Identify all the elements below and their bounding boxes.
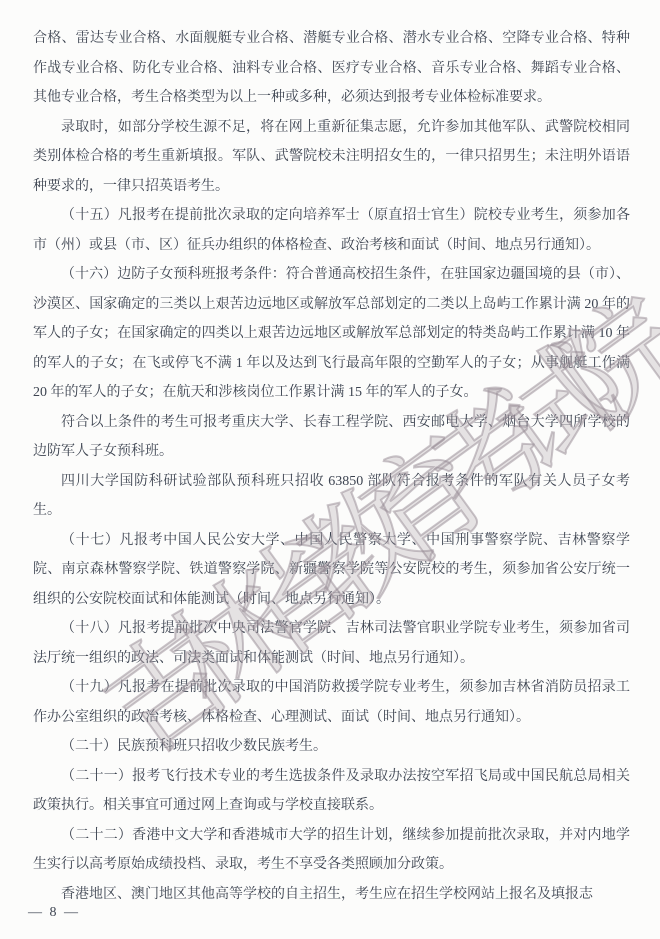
para-hk-macau-selfenroll: 香港地区、澳门地区其他高等学校的自主招生，考生应在招生学校网站上报名及填报志 bbox=[33, 880, 630, 910]
clause-21: （二十一）报考飞行技术专业的考生选拔条件及录取办法按空军招飞局或中国民航总局相关… bbox=[33, 762, 630, 821]
clause-16: （十六）边防子女预科班报考条件：符合普通高校招生条件，在驻国家边疆国境的县（市）… bbox=[33, 260, 630, 408]
clause-20: （二十）民族预科班只招收少数民族考生。 bbox=[33, 732, 630, 762]
para-reenlistment-note: 录取时，如部分学校生源不足，将在网上重新征集志愿，允许参加其他军队、武警院校相同… bbox=[33, 113, 630, 202]
clause-17: （十七）凡报考中国人民公安大学、中国人民警察大学、中国刑事警察学院、吉林警察学院… bbox=[33, 526, 630, 615]
para-medical-eligibility: 合格、雷达专业合格、水面舰艇专业合格、潜艇专业合格、潜水专业合格、空降专业合格、… bbox=[33, 24, 630, 113]
page-number: — 8 — bbox=[28, 905, 80, 921]
clause-18: （十八）凡报考提前批次中央司法警官学院、吉林司法警官职业学院专业考生，须参加省司… bbox=[33, 614, 630, 673]
clause-19: （十九）凡报考在提前批次录取的中国消防救援学院专业考生，须参加吉林省消防员招录工… bbox=[33, 673, 630, 732]
document-body: 合格、雷达专业合格、水面舰艇专业合格、潜艇专业合格、潜水专业合格、空降专业合格、… bbox=[33, 24, 630, 909]
clause-15: （十五）凡报考在提前批次录取的定向培养军士（原直招士官生）院校专业考生，须参加各… bbox=[33, 201, 630, 260]
clause-16-sichuan-univ: 四川大学国防科研试验部队预科班只招收 63850 部队符合报考条件的军队有关人员… bbox=[33, 467, 630, 526]
clause-16-schools: 符合以上条件的考生可报考重庆大学、长春工程学院、西安邮电大学、烟台大学四所学校的… bbox=[33, 408, 630, 467]
clause-22: （二十二）香港中文大学和香港城市大学的招生计划，继续参加提前批次录取，并对内地学… bbox=[33, 821, 630, 880]
document-page: 合格、雷达专业合格、水面舰艇专业合格、潜艇专业合格、潜水专业合格、空降专业合格、… bbox=[0, 0, 660, 939]
